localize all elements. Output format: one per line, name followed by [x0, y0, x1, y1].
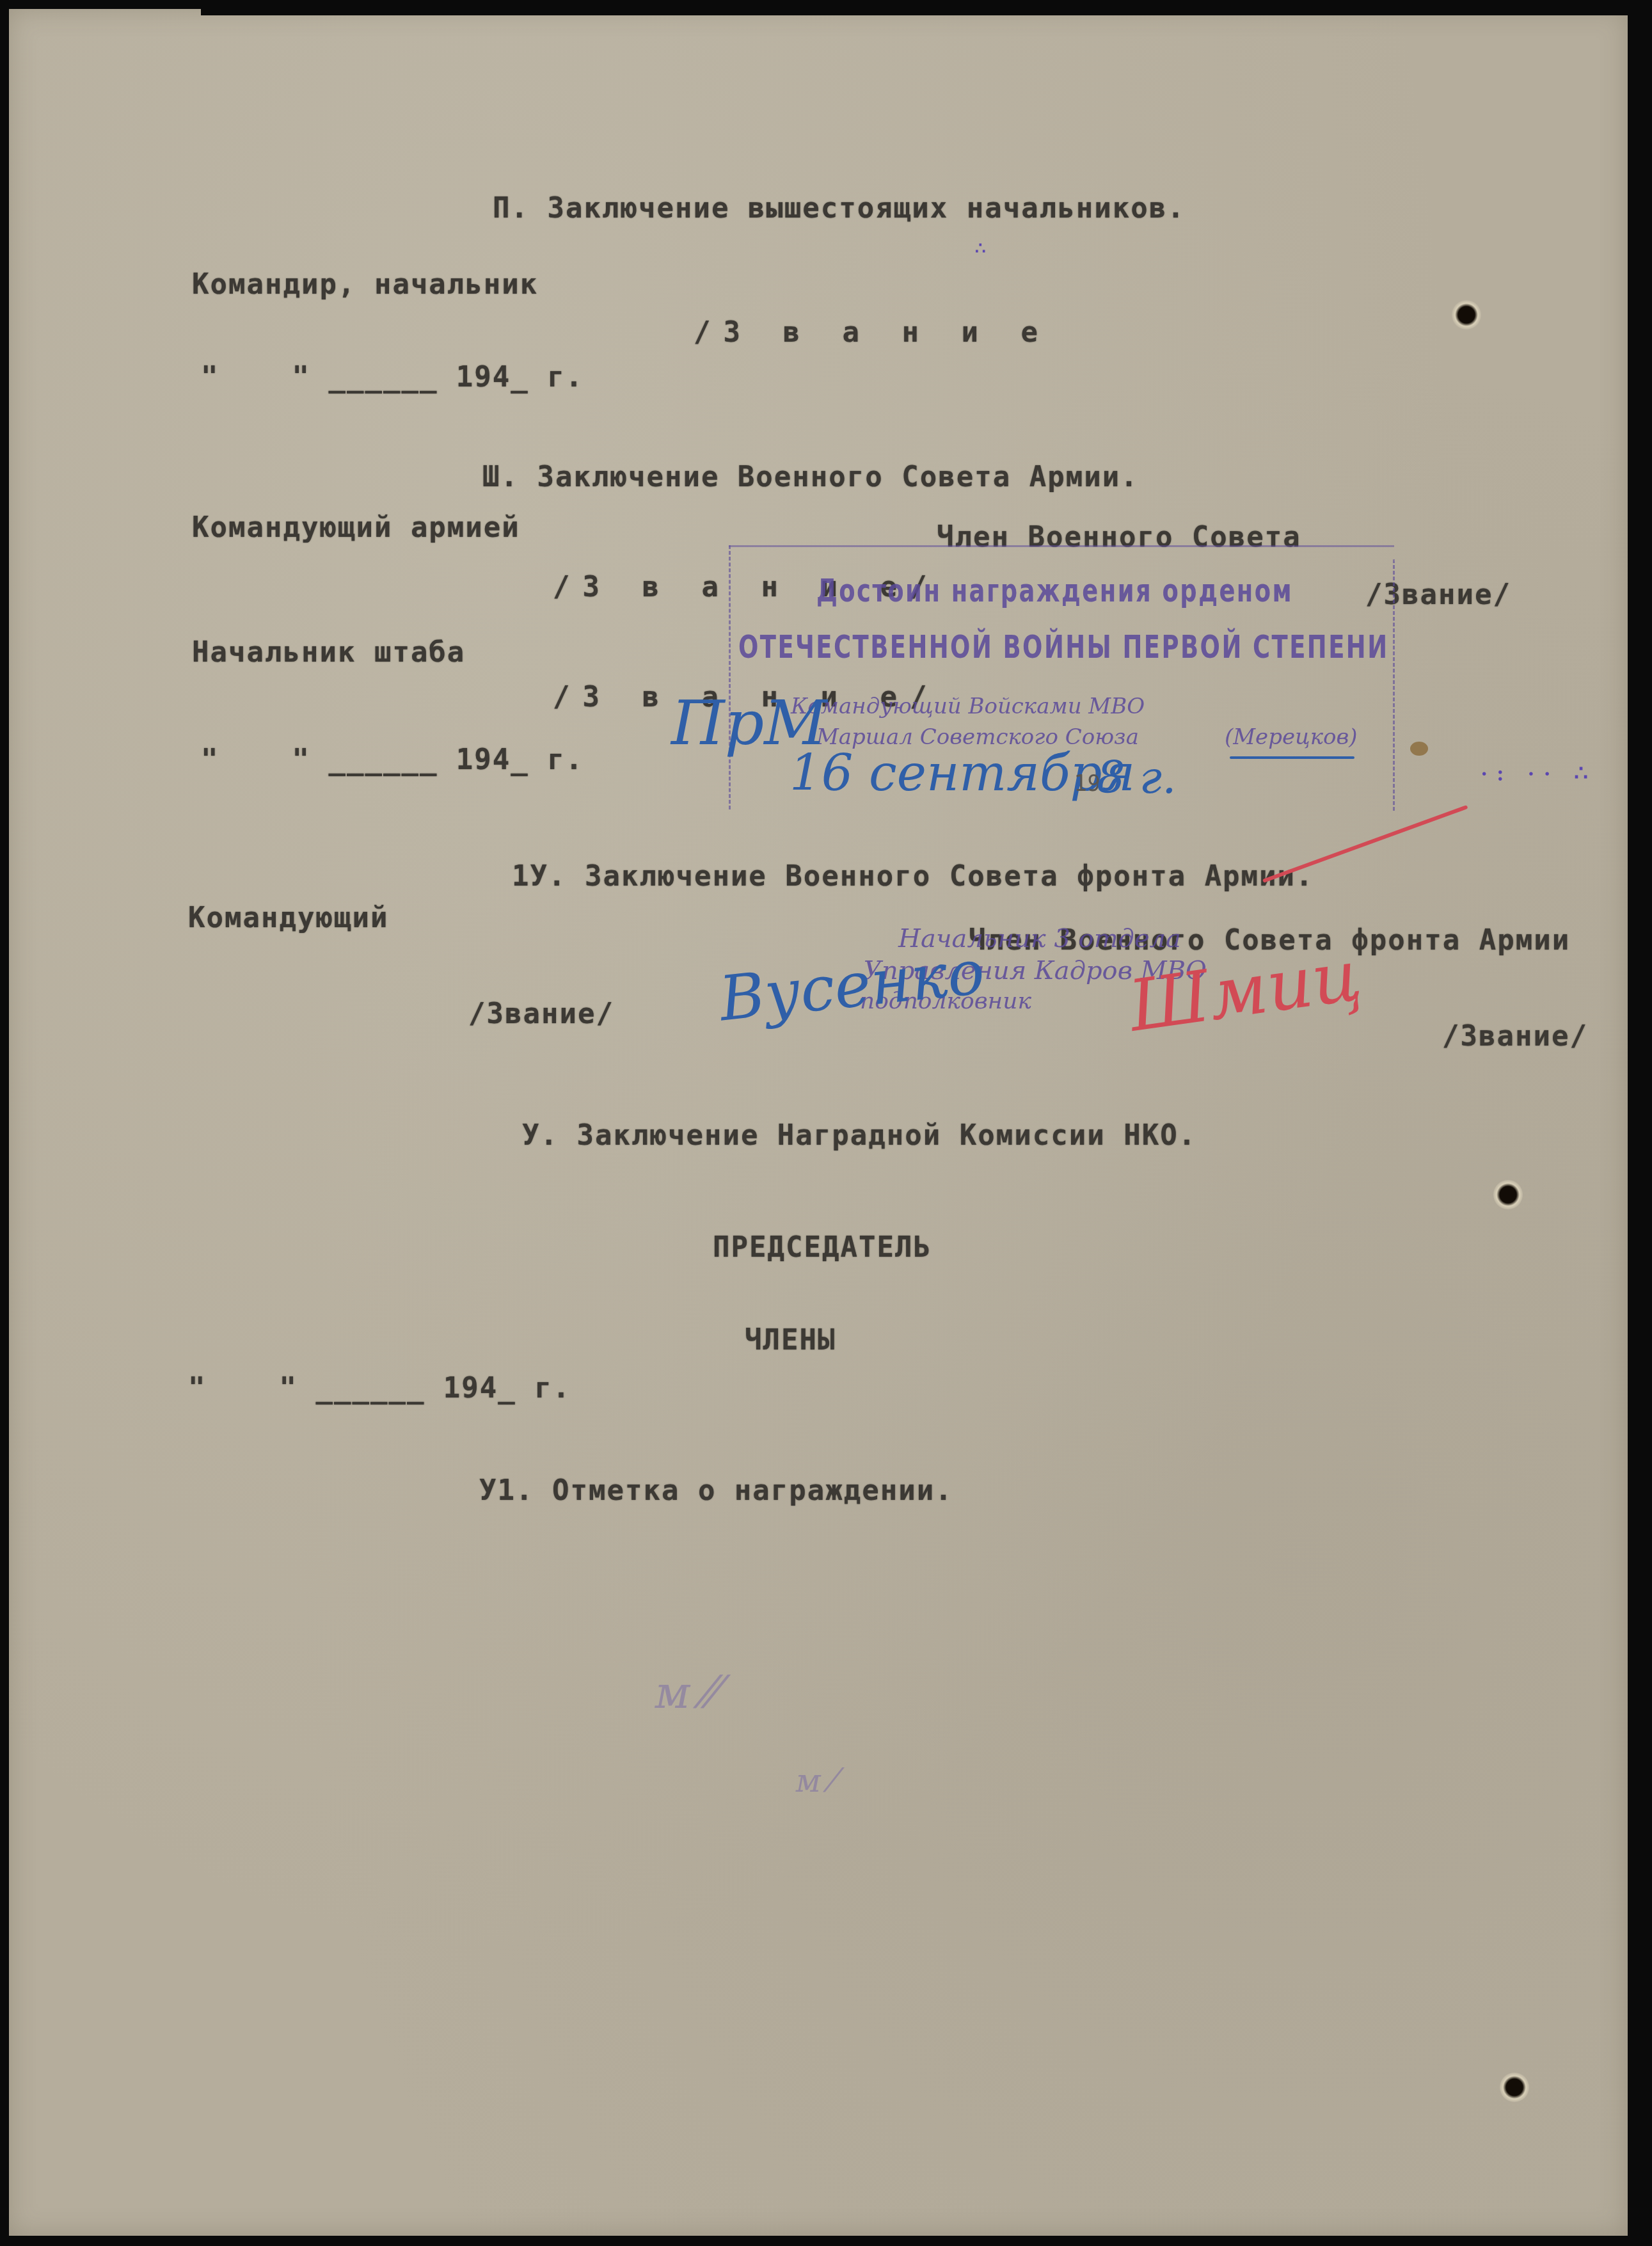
- punch-hole: [1493, 1180, 1523, 1209]
- torn-edge: [201, 9, 1637, 15]
- members-label: ЧЛЕНЫ: [745, 1324, 836, 1357]
- faint-pencil-mark: ᴍ ⁄: [796, 1762, 836, 1799]
- punch-hole: [1452, 300, 1481, 330]
- date-line: " " ______ 194_ г.: [201, 361, 584, 394]
- stamp-border: [1393, 559, 1395, 811]
- rank-label: /Звание/: [1442, 1020, 1588, 1053]
- commander-label: Командир, начальник: [192, 268, 538, 301]
- section-5-heading: У. Заключение Наградной Комиссии НКО.: [522, 1119, 1196, 1152]
- chief-of-staff-label: Начальник штаба: [192, 636, 465, 669]
- signer-name: (Мерецков): [1225, 724, 1358, 750]
- signer-title-1: Командующий Войсками МВО: [791, 694, 1145, 719]
- rank-label: /Звание/: [468, 998, 614, 1030]
- red-signature-stroke: [1262, 805, 1468, 883]
- ink-specks: ·: ·· ∴: [1481, 761, 1597, 786]
- award-stamp-line-2: ОТЕЧЕСТВЕННОЙ ВОЙНЫ ПЕРВОЙ СТЕПЕНИ: [738, 628, 1388, 665]
- blue-signature: Вусенко: [716, 936, 988, 1035]
- section-3-heading: Ш. Заключение Военного Совета Армии.: [482, 461, 1139, 493]
- stain: [1410, 742, 1428, 756]
- signature-underline: [1230, 756, 1354, 759]
- rank-label: /З в а н и е: [694, 316, 1051, 349]
- faint-pencil-mark: ᴍ ⁄⁄: [655, 1666, 719, 1719]
- army-commander-label: Командующий армией: [192, 511, 520, 544]
- document-page: П. Заключение вышестоящих начальников. ∴…: [9, 9, 1628, 2236]
- award-stamp-line-1: Достоин награждения орденом: [816, 572, 1293, 609]
- blue-initials: ПрМ: [671, 687, 827, 759]
- stamp-border: [729, 545, 1394, 547]
- commander-label: Командующий: [188, 902, 388, 934]
- handwritten-year: 8 г.: [1097, 751, 1176, 804]
- date-line: " " ______ 194_ г.: [188, 1372, 571, 1405]
- section-4-heading: 1У. Заключение Военного Совета фронта Ар…: [512, 860, 1314, 893]
- council-member-label: Член Военного Совета: [937, 521, 1301, 554]
- section-6-heading: У1. Отметка о награждении.: [479, 1474, 953, 1507]
- ink-specks: ∴: [975, 239, 995, 259]
- chairman-label: ПРЕДСЕДАТЕЛЬ: [713, 1231, 932, 1264]
- stamp-border: [729, 545, 731, 809]
- rank-label: /Звание/: [1365, 578, 1511, 611]
- section-2-heading: П. Заключение вышестоящих начальников.: [493, 192, 1186, 225]
- date-line: " " ______ 194_ г.: [201, 744, 584, 776]
- punch-hole: [1500, 2073, 1529, 2102]
